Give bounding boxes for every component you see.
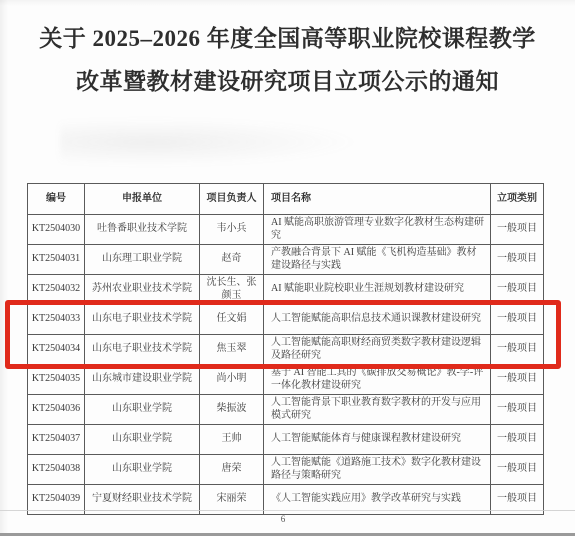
cell-id: KT2504030: [28, 215, 85, 245]
column-header: 编号: [28, 184, 85, 215]
table-row: KT2504031 山东理工职业学院 赵奇 产教融合背景下 AI 赋能《飞机构造…: [28, 245, 544, 275]
cell-leader: 赵奇: [200, 245, 264, 275]
table-row: KT2504038 山东职业学院 唐荣 人工智能赋能《道路施工技术》数字化教材建…: [28, 455, 544, 485]
table-row: KT2504037 山东职业学院 王帅 人工智能赋能体育与健康课程教材建设研究 …: [28, 425, 544, 455]
cell-category: 一般项目: [491, 215, 544, 245]
table-row: KT2504035 山东城市建设职业学院 尚小明 基于 AI 智能工具的《碳排放…: [28, 365, 544, 395]
cell-project-name: 人工智能背景下职业教育数字教材的开发与应用模式研究: [264, 395, 491, 425]
cell-project-name: 人工智能赋能体育与健康课程教材建设研究: [264, 425, 491, 455]
cell-leader: 尚小明: [200, 365, 264, 395]
cell-category: 一般项目: [491, 245, 544, 275]
cell-leader: 韦小兵: [200, 215, 264, 245]
cell-id: KT2504035: [28, 365, 85, 395]
cell-project-name: AI 赋能高职旅游管理专业数字化教材生态构建研究: [264, 215, 491, 245]
cell-unit: 吐鲁番职业技术学院: [85, 215, 200, 245]
cell-category: 一般项目: [491, 395, 544, 425]
column-header: 立项类别: [491, 184, 544, 215]
document-title-line2: 改革暨教材建设研究项目立项公示的通知: [0, 63, 575, 96]
page-number: 6: [0, 514, 566, 524]
scanned-notice-document: { "document": { "title_line1": "关于 2025–…: [0, 0, 575, 536]
cell-id: KT2504037: [28, 425, 85, 455]
cell-leader: 柴振波: [200, 395, 264, 425]
cell-leader: 王帅: [200, 425, 264, 455]
project-table-header-row: 编号申报单位项目负责人项目名称立项类别: [28, 184, 544, 215]
table-row: KT2504030 吐鲁番职业技术学院 韦小兵 AI 赋能高职旅游管理专业数字化…: [28, 215, 544, 245]
cell-id: KT2504036: [28, 395, 85, 425]
cell-unit: 山东职业学院: [85, 455, 200, 485]
scan-fold-line: [0, 510, 575, 511]
scan-edge-shading-top: [0, 0, 575, 6]
document-title-line1: 关于 2025–2026 年度全国高等职业院校课程教学: [0, 20, 575, 53]
red-highlight-annotation: [5, 300, 561, 369]
cell-unit: 山东理工职业学院: [85, 245, 200, 275]
table-row: KT2504036 山东职业学院 柴振波 人工智能背景下职业教育数字教材的开发与…: [28, 395, 544, 425]
cell-project-name: 人工智能赋能《道路施工技术》数字化教材建设路径与策略研究: [264, 455, 491, 485]
cell-category: 一般项目: [491, 425, 544, 455]
column-header: 项目负责人: [200, 184, 264, 215]
cell-project-name: 基于 AI 智能工具的《碳排放交易概论》教-学-评一体化教材建设研究: [264, 365, 491, 395]
cell-unit: 山东职业学院: [85, 395, 200, 425]
document-title: 关于 2025–2026 年度全国高等职业院校课程教学 改革暨教材建设研究项目立…: [0, 20, 575, 96]
cell-category: 一般项目: [491, 455, 544, 485]
cell-unit: 山东职业学院: [85, 425, 200, 455]
column-header: 项目名称: [264, 184, 491, 215]
cell-project-name: 产教融合背景下 AI 赋能《飞机构造基础》教材建设路径与实践: [264, 245, 491, 275]
cell-id: KT2504038: [28, 455, 85, 485]
cell-leader: 唐荣: [200, 455, 264, 485]
cell-unit: 山东城市建设职业学院: [85, 365, 200, 395]
scan-smudge-artifact: [60, 118, 360, 166]
column-header: 申报单位: [85, 184, 200, 215]
cell-category: 一般项目: [491, 365, 544, 395]
cell-id: KT2504031: [28, 245, 85, 275]
